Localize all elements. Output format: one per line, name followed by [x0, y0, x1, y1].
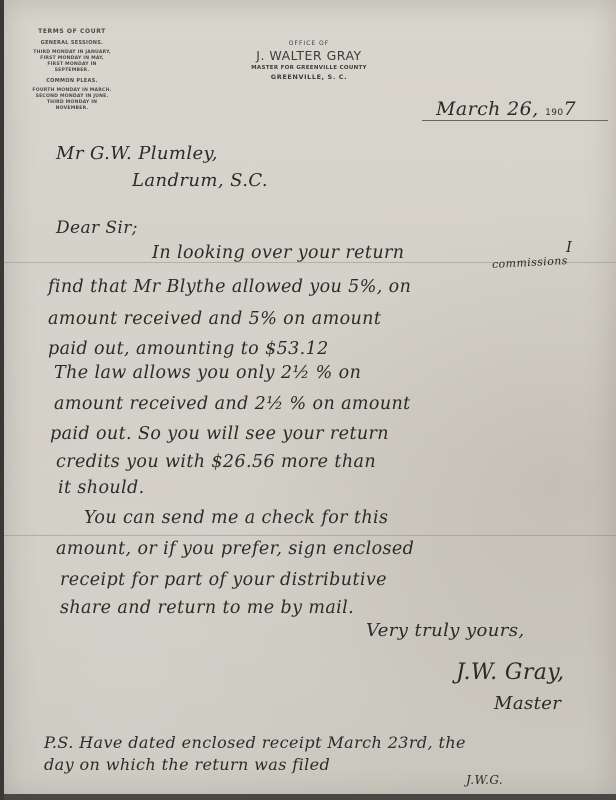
postscript-line: day on which the return was filed	[44, 755, 330, 774]
office-of-label: OFFICE OF	[214, 40, 404, 47]
office-position: MASTER FOR GREENVILLE COUNTY	[214, 65, 404, 71]
body-line: amount, or if you prefer, sign enclosed	[56, 539, 414, 559]
recipient-name: Mr G.W. Plumley,	[56, 143, 218, 164]
postscript-initials: J.W.G.	[466, 773, 503, 787]
date-year-handwritten: 7	[563, 98, 576, 120]
general-sessions-heading: GENERAL SESSIONS.	[32, 40, 112, 46]
above-line-insertion: commissions	[492, 254, 568, 271]
date-rule	[422, 120, 608, 121]
body-line: share and return to me by mail.	[60, 598, 354, 618]
signature-title: Master	[494, 693, 561, 714]
letter-paper: TERMS OF COURT GENERAL SESSIONS. THIRD M…	[4, 0, 616, 800]
signature: J.W. Gray,	[456, 660, 565, 685]
body-line: find that Mr Blythe allowed you 5%, on	[48, 277, 411, 297]
fold-line	[4, 535, 616, 536]
body-line: amount received and 5% on amount	[48, 309, 381, 329]
recipient-place: Landrum, S.C.	[132, 170, 268, 191]
date-month-day: March 26,	[436, 98, 539, 120]
office-letterhead: OFFICE OF J. WALTER GRAY MASTER FOR GREE…	[214, 40, 404, 81]
body-line: You can send me a check for this	[84, 508, 388, 528]
common-pleas-heading: COMMON PLEAS.	[32, 78, 112, 84]
body-line: paid out. So you will see your return	[50, 424, 389, 444]
office-holder-name: J. WALTER GRAY	[214, 48, 404, 63]
terms-title: TERMS OF COURT	[32, 28, 112, 35]
terms-of-court-block: TERMS OF COURT GENERAL SESSIONS. THIRD M…	[32, 28, 112, 112]
body-line: credits you with $26.56 more than	[56, 452, 376, 472]
common-pleas-line: THIRD MONDAY IN NOVEMBER.	[32, 100, 112, 112]
body-line: it should.	[58, 478, 145, 498]
body-line: amount received and 2½ % on amount	[54, 394, 411, 414]
date-year-printed: 190	[545, 108, 563, 118]
body-line: The law allows you only 2½ % on	[54, 363, 361, 383]
letter-date: March 26, 1907	[436, 98, 576, 120]
general-sessions-line: FIRST MONDAY IN SEPTEMBER.	[32, 62, 112, 74]
salutation: Dear Sir;	[56, 218, 138, 238]
body-line: In looking over your return	[152, 243, 404, 263]
body-line: receipt for part of your distributive	[60, 570, 387, 590]
table-edge	[4, 794, 616, 800]
office-city: GREENVILLE, S. C.	[214, 73, 404, 81]
postscript-line: P.S. Have dated enclosed receipt March 2…	[44, 733, 466, 752]
closing: Very truly yours,	[366, 620, 525, 641]
body-line: paid out, amounting to $53.12	[48, 339, 329, 359]
